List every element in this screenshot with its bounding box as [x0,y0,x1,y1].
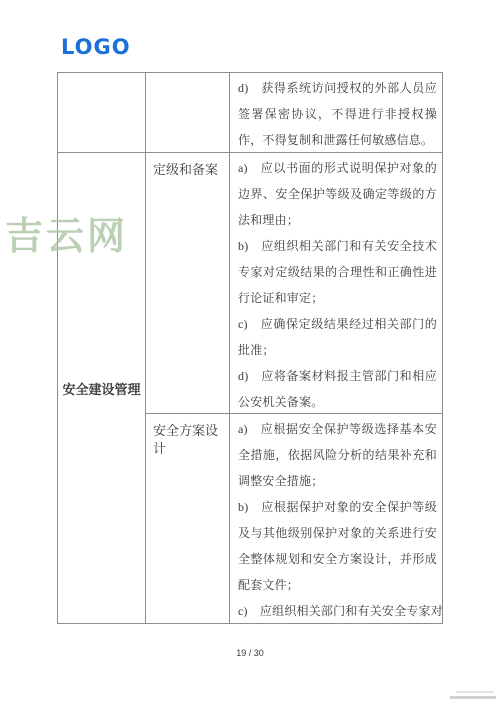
page-number: 19 / 30 [0,648,500,658]
fine-print-line [456,691,494,693]
requirement-item: b) 应根据保护对象的安全保护等级及与其他级别保护对象的关系进行安全整体规划和安… [238,494,437,598]
fine-print-line [450,696,496,699]
requirement-item: a) 应根据安全保护等级选择基本安全措施，依据风险分析的结果补充和调整安全措施； [238,416,437,494]
requirement-item: d) 获得系统访问授权的外部人员应签署保密协议，不得进行非授权操作，不得复制和泄… [238,75,437,153]
table-cell-requirements: a) 应根据安全保护等级选择基本安全措施，依据风险分析的结果补充和调整安全措施；… [230,414,442,623]
subcategory-label: 安全方案设计 [153,423,218,456]
site-watermark: 吉云网 [5,205,128,260]
requirement-item: c) 应组织相关部门和有关安全专家对 [238,598,437,623]
requirement-item: a) 应以书面的形式说明保护对象的边界、安全保护等级及确定等级的方法和理由； [238,155,437,233]
document-page: LOGO d) 获得系统访问授权的外部人员应签署保密协议，不得进行非授权操作，不… [0,0,500,707]
requirement-item: b) 应组织相关部门和有关安全技术专家对定级结果的合理性和正确性进行论证和审定； [238,233,437,311]
requirement-item: c) 应确保定级结果经过相关部门的批准； [238,311,437,363]
subcategory-label: 定级和备案 [153,162,218,177]
table-cell-subcategory: 定级和备案 [146,153,230,414]
table-cell-subcategory: 安全方案设计 [146,414,230,623]
content-table: d) 获得系统访问授权的外部人员应签署保密协议，不得进行非授权操作，不得复制和泄… [57,72,443,624]
table-cell-requirements: d) 获得系统访问授权的外部人员应签署保密协议，不得进行非授权操作，不得复制和泄… [230,73,442,153]
table-cell-requirements: a) 应以书面的形式说明保护对象的边界、安全保护等级及确定等级的方法和理由； b… [230,153,442,414]
table-cell-empty-subcategory [146,73,230,153]
requirement-item: d) 应将备案材料报主管部门和相应公安机关备案。 [238,363,437,414]
logo-text: LOGO [61,35,131,59]
table-cell-empty-category [58,73,146,153]
category-label: 安全建设管理 [62,379,140,398]
fine-print-watermark [446,691,496,699]
